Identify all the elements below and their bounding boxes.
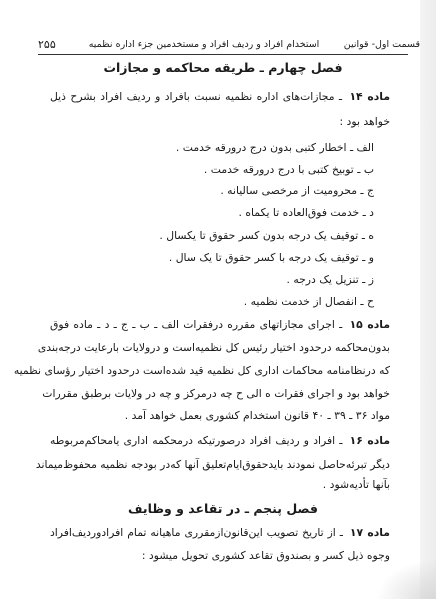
article-15-line-2: بدون‌محاکمه درحدود اختیار رئیس کل نظمیه‌… — [50, 340, 390, 356]
article-14-clause-be: ب ـ توبیخ کتبی با درج درورقه خدمت . — [204, 162, 374, 178]
running-header: قسمت اول- قوانین استخدام افراد و ردیف اف… — [38, 36, 420, 52]
article-14-clause-alef: الف ـ اخطار کتبی بدون درج درورقه خدمت . — [176, 140, 374, 156]
article-14-clause-dal: د ـ خدمت فوق‌العاده تا یکماه . — [238, 205, 374, 221]
article-15-line-5: مواد ۳۶ ـ ۳۹ ـ ۴۰ قانون استخدام کشوری بع… — [125, 408, 390, 424]
article-14-line-2: خواهد بود : — [339, 114, 390, 130]
article-14-clause-ze: ز ـ تنزیل یک درجه . — [286, 272, 374, 288]
article-17-line-2: وجوه ذیل کسر و بصندوق تقاعد کشوری تحویل … — [142, 548, 390, 564]
article-16-line-1: ماده ۱۶ ـ افراد و ردیف افراد درصورتیکه د… — [50, 433, 390, 449]
chapter-4-title: فصل چهارم ـ طریقه محاکمه و مجازات — [38, 60, 408, 75]
header-title: استخدام افراد و ردیف افراد و مستخدمین جز… — [78, 39, 340, 50]
article-14-clause-jim: ج ـ محرومیت از مرخصی سالیانه . — [220, 183, 374, 199]
article-14-clause-he: ه ـ توقیف یک درجه بدون کسر حقوق تا یکسال… — [159, 228, 374, 244]
header-section: قسمت اول- قوانین — [340, 39, 420, 50]
article-16-line-2: دیگر تبرئه‌حاصل نمودند بایدحقوق‌ایام‌تعل… — [50, 457, 390, 473]
header-rule — [38, 54, 408, 55]
article-16-label: ماده ۱۶ — [350, 434, 390, 447]
chapter-5-title: فصل پنجم ـ در تقاعد و وظایف — [38, 501, 408, 516]
article-15-line-3: که درنظامنامه محاکمات اداری کل نظمیه قید… — [50, 363, 390, 379]
article-16-line-3: بآنها تأدیه‌شود . — [323, 477, 390, 493]
article-15-label: ماده ۱۵ — [350, 318, 390, 331]
article-14-clause-he-jimi: ح ـ انفصال از خدمت نظمیه . — [244, 294, 374, 310]
article-14-text-1: ـ مجازات‌های اداره نظمیه نسبت بافراد و ر… — [50, 90, 342, 103]
article-15-line-1: ماده ۱۵ ـ اجرای مجازاتهای مقرره درفقرات … — [50, 317, 390, 333]
page-number: ۲۵۵ — [38, 38, 78, 51]
article-15-text-1: ـ اجرای مجازاتهای مقرره درفقرات الف ـ ب … — [50, 318, 342, 331]
scanned-page: قسمت اول- قوانین استخدام افراد و ردیف اف… — [0, 0, 436, 599]
article-14-line-1: ماده ۱۴ ـ مجازات‌های اداره نظمیه نسبت با… — [50, 89, 390, 105]
page-corner-shadow — [376, 559, 436, 599]
article-14-label: ماده ۱۴ — [349, 90, 390, 103]
article-14-clause-vav: و ـ توقیف یک درجه با کسر حقوق تا یک سال … — [169, 250, 374, 266]
article-17-text-1: ـ از تاریخ تصویب این‌قانون‌ازمقرری ماهیا… — [50, 526, 343, 539]
article-16-text-1: ـ افراد و ردیف افراد درصورتیکه درمحکمه ا… — [50, 434, 342, 447]
article-17-line-1: ماده ۱۷ ـ از تاریخ تصویب این‌قانون‌ازمقر… — [50, 525, 390, 541]
article-15-line-4: خواهد بود و اجرای فقرات ه الی ح چه درمرک… — [50, 386, 390, 402]
page-edge-shadow — [420, 0, 436, 599]
article-17-label: ماده ۱۷ — [350, 526, 390, 539]
